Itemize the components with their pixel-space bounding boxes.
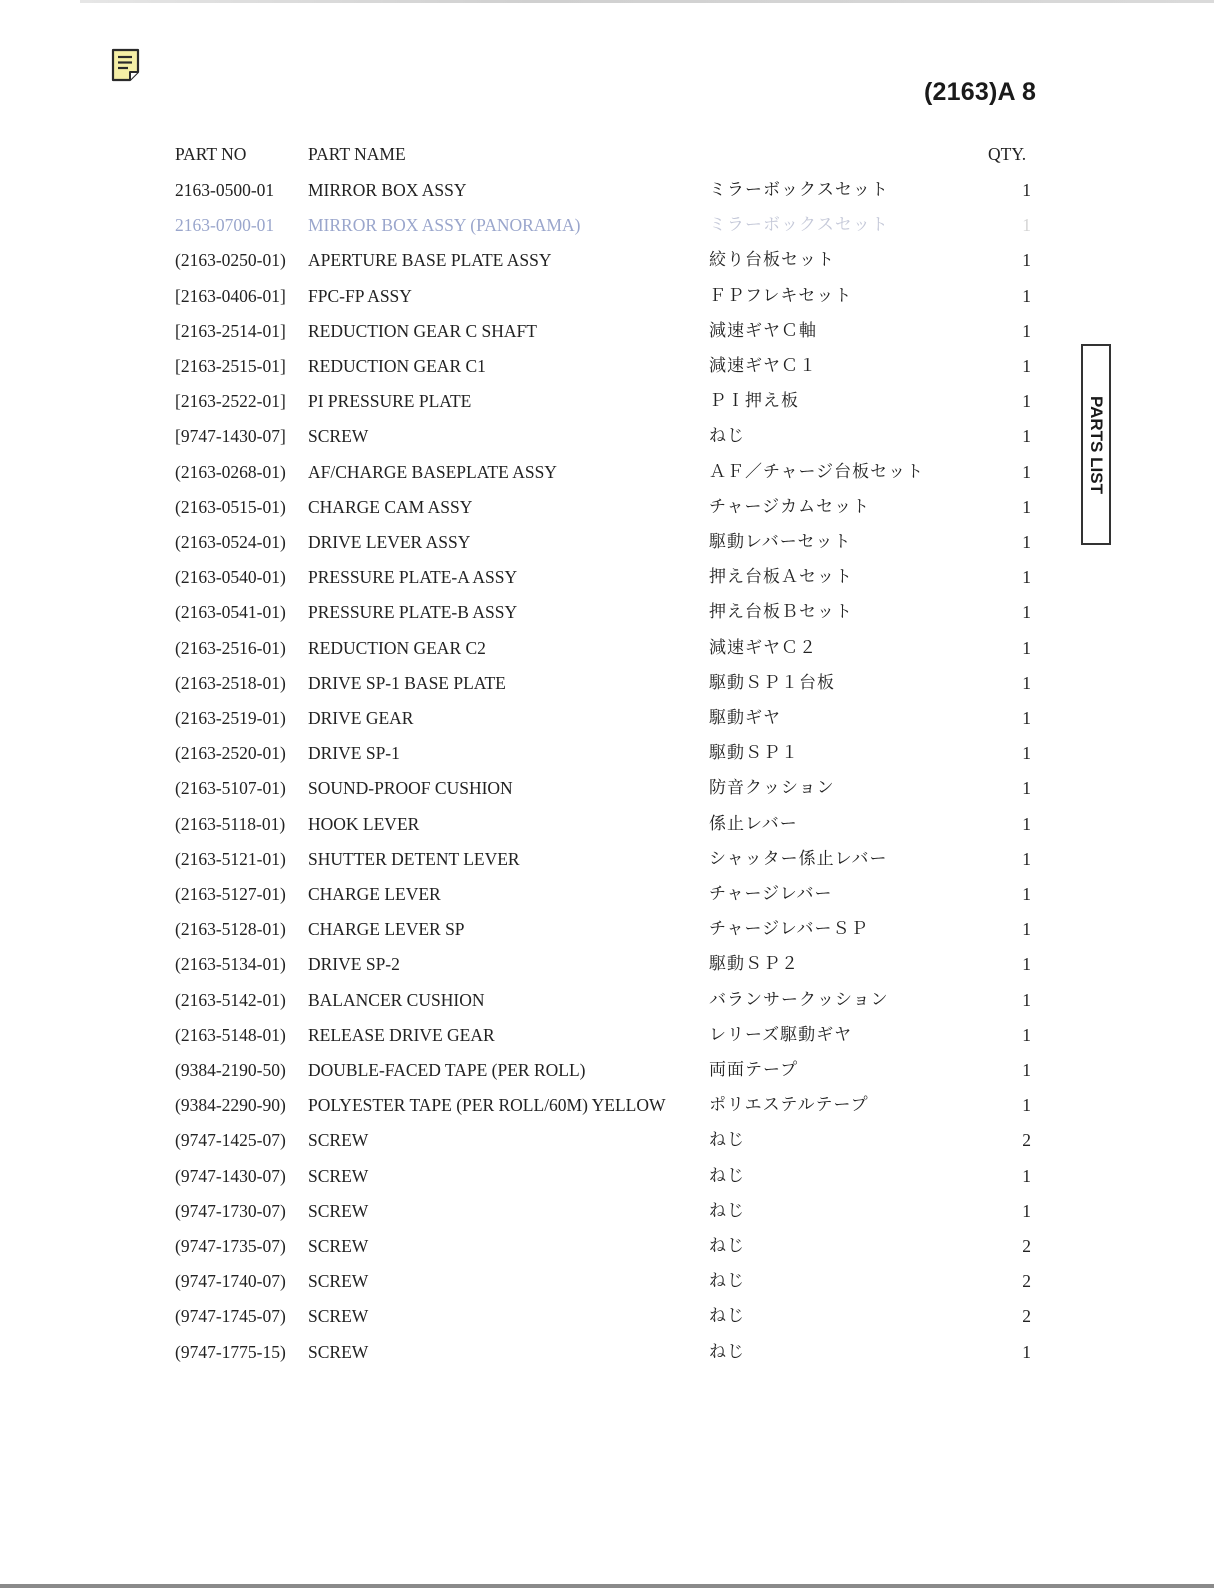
part-number: 2163-0500-01 bbox=[175, 173, 274, 208]
part-name: CHARGE CAM ASSY bbox=[308, 490, 472, 525]
part-name: DRIVE LEVER ASSY bbox=[308, 525, 470, 560]
part-quantity: 1 bbox=[1022, 208, 1031, 243]
part-number: (2163-5127-01) bbox=[175, 877, 286, 912]
page-identifier: (2163)A 8 bbox=[924, 78, 1036, 107]
table-row: (2163-5134-01)DRIVE SP-2駆動ＳＰ２1 bbox=[0, 947, 1214, 982]
part-quantity: 2 bbox=[1022, 1299, 1031, 1334]
part-quantity: 1 bbox=[1022, 631, 1031, 666]
part-name: SCREW bbox=[308, 1335, 368, 1370]
part-name-japanese: ねじ bbox=[709, 1299, 745, 1334]
table-row: (9747-1735-07)SCREWねじ2 bbox=[0, 1229, 1214, 1264]
part-name: SHUTTER DETENT LEVER bbox=[308, 842, 520, 877]
part-quantity: 1 bbox=[1022, 666, 1031, 701]
part-quantity: 1 bbox=[1022, 701, 1031, 736]
part-name-japanese: ねじ bbox=[709, 1229, 745, 1264]
part-number: [2163-2515-01] bbox=[175, 349, 286, 384]
part-name-japanese: 駆動レバーセット bbox=[709, 525, 851, 560]
note-icon[interactable] bbox=[111, 48, 141, 82]
part-name-japanese: ＦＰフレキセット bbox=[709, 279, 852, 314]
part-quantity: 1 bbox=[1022, 912, 1031, 947]
part-name-japanese: チャージレバー bbox=[709, 877, 833, 912]
table-row: (2163-2516-01)REDUCTION GEAR C2減速ギヤＣ２1 bbox=[0, 631, 1214, 666]
part-quantity: 1 bbox=[1022, 279, 1031, 314]
table-row: (2163-5128-01)CHARGE LEVER SPチャージレバーＳＰ1 bbox=[0, 912, 1214, 947]
part-number: (9747-1775-15) bbox=[175, 1335, 286, 1370]
part-number: (9747-1735-07) bbox=[175, 1229, 286, 1264]
part-name: APERTURE BASE PLATE ASSY bbox=[308, 243, 552, 278]
table-row: (9747-1740-07)SCREWねじ2 bbox=[0, 1264, 1214, 1299]
part-number: (2163-5107-01) bbox=[175, 771, 286, 806]
part-number: (9384-2290-90) bbox=[175, 1088, 286, 1123]
part-name-japanese: バランサークッション bbox=[709, 983, 889, 1018]
part-name: PI PRESSURE PLATE bbox=[308, 384, 471, 419]
part-quantity: 1 bbox=[1022, 877, 1031, 912]
table-row: (2163-5148-01)RELEASE DRIVE GEARレリーズ駆動ギヤ… bbox=[0, 1018, 1214, 1053]
part-name: SCREW bbox=[308, 1264, 368, 1299]
part-quantity: 1 bbox=[1022, 1194, 1031, 1229]
scan-top-edge bbox=[80, 0, 1214, 3]
part-quantity: 1 bbox=[1022, 736, 1031, 771]
part-name: BALANCER CUSHION bbox=[308, 983, 484, 1018]
table-row: [2163-2514-01]REDUCTION GEAR C SHAFT減速ギヤ… bbox=[0, 314, 1214, 349]
table-row: (9747-1425-07)SCREWねじ2 bbox=[0, 1123, 1214, 1158]
part-name: AF/CHARGE BASEPLATE ASSY bbox=[308, 455, 557, 490]
table-row: (2163-5107-01)SOUND-PROOF CUSHION防音クッション… bbox=[0, 771, 1214, 806]
part-name-japanese: 防音クッション bbox=[709, 771, 835, 806]
part-quantity: 1 bbox=[1022, 525, 1031, 560]
table-row: (2163-0524-01)DRIVE LEVER ASSY駆動レバーセット1 bbox=[0, 525, 1214, 560]
part-quantity: 1 bbox=[1022, 1018, 1031, 1053]
part-quantity: 1 bbox=[1022, 419, 1031, 454]
part-name-japanese: ねじ bbox=[709, 1159, 745, 1194]
header-part-name: PART NAME bbox=[308, 137, 406, 172]
part-number: (2163-5121-01) bbox=[175, 842, 286, 877]
part-name-japanese: 駆動ＳＰ２ bbox=[709, 947, 799, 982]
part-number: (2163-0540-01) bbox=[175, 560, 286, 595]
part-name-japanese: ＰＩ押え板 bbox=[709, 384, 799, 419]
table-row: (2163-0268-01)AF/CHARGE BASEPLATE ASSYＡＦ… bbox=[0, 455, 1214, 490]
part-number: (9747-1730-07) bbox=[175, 1194, 286, 1229]
part-number: [2163-2514-01] bbox=[175, 314, 286, 349]
part-name-japanese: ねじ bbox=[709, 1335, 745, 1370]
part-name-japanese: チャージレバーＳＰ bbox=[709, 912, 869, 947]
table-row: 2163-0500-01MIRROR BOX ASSYミラーボックスセット1 bbox=[0, 173, 1214, 208]
header-qty: QTY. bbox=[988, 137, 1026, 172]
part-quantity: 1 bbox=[1022, 983, 1031, 1018]
part-quantity: 1 bbox=[1022, 1088, 1031, 1123]
part-quantity: 1 bbox=[1022, 947, 1031, 982]
part-name-japanese: ミラーボックスセット bbox=[709, 208, 889, 243]
scan-bottom-edge bbox=[0, 1584, 1214, 1588]
part-name: HOOK LEVER bbox=[308, 807, 419, 842]
part-name: REDUCTION GEAR C2 bbox=[308, 631, 486, 666]
part-quantity: 1 bbox=[1022, 490, 1031, 525]
part-quantity: 2 bbox=[1022, 1123, 1031, 1158]
table-row: (2163-0540-01)PRESSURE PLATE-A ASSY押え台板Ａ… bbox=[0, 560, 1214, 595]
part-quantity: 1 bbox=[1022, 1159, 1031, 1194]
part-name-japanese: ねじ bbox=[709, 1194, 745, 1229]
part-name-japanese: ねじ bbox=[709, 1264, 745, 1299]
part-name-japanese: ポリエステルテープ bbox=[709, 1088, 869, 1123]
table-row: (2163-5118-01)HOOK LEVER係止レバー1 bbox=[0, 807, 1214, 842]
header-part-no: PART NO bbox=[175, 137, 246, 172]
part-number: (2163-0268-01) bbox=[175, 455, 286, 490]
part-number: (2163-5128-01) bbox=[175, 912, 286, 947]
table-row: (2163-0515-01)CHARGE CAM ASSYチャージカムセット1 bbox=[0, 490, 1214, 525]
part-number: (2163-5148-01) bbox=[175, 1018, 286, 1053]
table-row: (9384-2290-90)POLYESTER TAPE (PER ROLL/6… bbox=[0, 1088, 1214, 1123]
part-number: (2163-0541-01) bbox=[175, 595, 286, 630]
part-quantity: 1 bbox=[1022, 455, 1031, 490]
part-number: [2163-2522-01] bbox=[175, 384, 286, 419]
part-quantity: 1 bbox=[1022, 384, 1031, 419]
part-quantity: 2 bbox=[1022, 1264, 1031, 1299]
part-name: MIRROR BOX ASSY (PANORAMA) bbox=[308, 208, 580, 243]
table-row: [9747-1430-07]SCREWねじ1 bbox=[0, 419, 1214, 454]
part-quantity: 1 bbox=[1022, 1335, 1031, 1370]
table-row: [2163-2515-01]REDUCTION GEAR C1減速ギヤＣ１1 bbox=[0, 349, 1214, 384]
part-name-japanese: 押え台板Ａセット bbox=[709, 560, 853, 595]
part-name-japanese: 絞り台板セット bbox=[709, 243, 835, 278]
part-number: (2163-5134-01) bbox=[175, 947, 286, 982]
part-number: (9747-1430-07) bbox=[175, 1159, 286, 1194]
part-number: (2163-0250-01) bbox=[175, 243, 286, 278]
part-quantity: 1 bbox=[1022, 595, 1031, 630]
part-number: (2163-5142-01) bbox=[175, 983, 286, 1018]
part-name: REDUCTION GEAR C1 bbox=[308, 349, 486, 384]
table-row: [2163-2522-01]PI PRESSURE PLATEＰＩ押え板1 bbox=[0, 384, 1214, 419]
part-name: SCREW bbox=[308, 1229, 368, 1264]
part-number: (9384-2190-50) bbox=[175, 1053, 286, 1088]
part-name: DRIVE SP-1 bbox=[308, 736, 400, 771]
table-row: [2163-0406-01]FPC-FP ASSYＦＰフレキセット1 bbox=[0, 279, 1214, 314]
table-row: (2163-0541-01)PRESSURE PLATE-B ASSY押え台板Ｂ… bbox=[0, 595, 1214, 630]
table-header: PART NO PART NAME QTY. bbox=[0, 137, 1214, 172]
part-name: RELEASE DRIVE GEAR bbox=[308, 1018, 495, 1053]
table-row: (2163-5121-01)SHUTTER DETENT LEVERシャッター係… bbox=[0, 842, 1214, 877]
part-name: POLYESTER TAPE (PER ROLL/60M) YELLOW bbox=[308, 1088, 666, 1123]
table-row: (9747-1430-07)SCREWねじ1 bbox=[0, 1159, 1214, 1194]
table-row: (2163-0250-01)APERTURE BASE PLATE ASSY絞り… bbox=[0, 243, 1214, 278]
part-quantity: 1 bbox=[1022, 1053, 1031, 1088]
part-name: DRIVE SP-1 BASE PLATE bbox=[308, 666, 506, 701]
part-name-japanese: 駆動ＳＰ１台板 bbox=[709, 666, 835, 701]
part-quantity: 1 bbox=[1022, 771, 1031, 806]
part-name: CHARGE LEVER bbox=[308, 877, 441, 912]
part-name-japanese: ねじ bbox=[709, 1123, 745, 1158]
part-name: SCREW bbox=[308, 1123, 368, 1158]
part-number: [9747-1430-07] bbox=[175, 419, 286, 454]
part-number: 2163-0700-01 bbox=[175, 208, 274, 243]
part-number: (2163-2519-01) bbox=[175, 701, 286, 736]
part-quantity: 1 bbox=[1022, 807, 1031, 842]
part-name: DOUBLE-FACED TAPE (PER ROLL) bbox=[308, 1053, 585, 1088]
table-row: (9747-1730-07)SCREWねじ1 bbox=[0, 1194, 1214, 1229]
part-name: SOUND-PROOF CUSHION bbox=[308, 771, 513, 806]
part-name: DRIVE SP-2 bbox=[308, 947, 400, 982]
part-name-japanese: 減速ギヤＣ２ bbox=[709, 631, 817, 666]
part-number: [2163-0406-01] bbox=[175, 279, 286, 314]
part-quantity: 1 bbox=[1022, 314, 1031, 349]
part-number: (2163-0524-01) bbox=[175, 525, 286, 560]
part-name: REDUCTION GEAR C SHAFT bbox=[308, 314, 537, 349]
part-number: (9747-1425-07) bbox=[175, 1123, 286, 1158]
part-name-japanese: ＡＦ／チャージ台板セット bbox=[709, 455, 924, 490]
part-name-japanese: チャージカムセット bbox=[709, 490, 870, 525]
table-row: (2163-2519-01)DRIVE GEAR駆動ギヤ1 bbox=[0, 701, 1214, 736]
table-row: (2163-2520-01)DRIVE SP-1駆動ＳＰ１1 bbox=[0, 736, 1214, 771]
part-name-japanese: レリーズ駆動ギヤ bbox=[709, 1018, 852, 1053]
part-quantity: 1 bbox=[1022, 243, 1031, 278]
part-number: (2163-0515-01) bbox=[175, 490, 286, 525]
part-name: DRIVE GEAR bbox=[308, 701, 413, 736]
part-name: SCREW bbox=[308, 1159, 368, 1194]
table-row: (9747-1775-15)SCREWねじ1 bbox=[0, 1335, 1214, 1370]
table-row: (2163-2518-01)DRIVE SP-1 BASE PLATE駆動ＳＰ１… bbox=[0, 666, 1214, 701]
part-number: (9747-1745-07) bbox=[175, 1299, 286, 1334]
part-name: SCREW bbox=[308, 419, 368, 454]
part-name-japanese: 減速ギヤＣ１ bbox=[709, 349, 817, 384]
part-quantity: 1 bbox=[1022, 560, 1031, 595]
table-row: (2163-5142-01)BALANCER CUSHIONバランサークッション… bbox=[0, 983, 1214, 1018]
part-number: (2163-2516-01) bbox=[175, 631, 286, 666]
part-name-japanese: 押え台板Ｂセット bbox=[709, 595, 853, 630]
part-name: FPC-FP ASSY bbox=[308, 279, 412, 314]
part-name-japanese: 駆動ギヤ bbox=[709, 701, 781, 736]
part-name-japanese: ねじ bbox=[709, 419, 745, 454]
part-quantity: 2 bbox=[1022, 1229, 1031, 1264]
table-row: (2163-5127-01)CHARGE LEVERチャージレバー1 bbox=[0, 877, 1214, 912]
part-name-japanese: ミラーボックスセット bbox=[709, 173, 889, 208]
part-quantity: 1 bbox=[1022, 173, 1031, 208]
part-name: PRESSURE PLATE-B ASSY bbox=[308, 595, 517, 630]
part-name: SCREW bbox=[308, 1194, 368, 1229]
table-row: (9747-1745-07)SCREWねじ2 bbox=[0, 1299, 1214, 1334]
part-name: MIRROR BOX ASSY bbox=[308, 173, 467, 208]
part-number: (2163-2520-01) bbox=[175, 736, 286, 771]
part-number: (2163-5118-01) bbox=[175, 807, 285, 842]
part-name: CHARGE LEVER SP bbox=[308, 912, 465, 947]
part-name-japanese: 係止レバー bbox=[709, 807, 798, 842]
part-quantity: 1 bbox=[1022, 842, 1031, 877]
part-name-japanese: 駆動ＳＰ１ bbox=[709, 736, 799, 771]
part-name-japanese: 両面テープ bbox=[709, 1053, 798, 1088]
part-name: SCREW bbox=[308, 1299, 368, 1334]
part-name: PRESSURE PLATE-A ASSY bbox=[308, 560, 517, 595]
part-quantity: 1 bbox=[1022, 349, 1031, 384]
part-number: (9747-1740-07) bbox=[175, 1264, 286, 1299]
part-name-japanese: シャッター係止レバー bbox=[709, 842, 887, 877]
table-row: 2163-0700-01MIRROR BOX ASSY (PANORAMA)ミラ… bbox=[0, 208, 1214, 243]
part-name-japanese: 減速ギヤＣ軸 bbox=[709, 314, 817, 349]
table-row: (9384-2190-50)DOUBLE-FACED TAPE (PER ROL… bbox=[0, 1053, 1214, 1088]
part-number: (2163-2518-01) bbox=[175, 666, 286, 701]
